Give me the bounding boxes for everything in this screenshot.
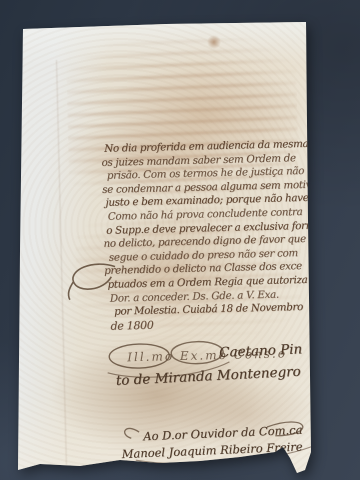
desk-surface: No dia proferida em audiencia da mesma o… [0,0,360,480]
signature-line: to de Miranda Montenegro [115,364,301,389]
manuscript-body: No dia proferida em audiencia da mesma o… [104,138,311,333]
signature-line: Caetano Pin [219,341,303,360]
page-content: No dia proferida em audiencia da mesma o… [15,14,324,479]
fold-crease [56,60,67,465]
paper-page: No dia proferida em audiencia da mesma o… [16,20,314,478]
manuscript-sheet: No dia proferida em audiencia da mesma o… [16,20,314,478]
